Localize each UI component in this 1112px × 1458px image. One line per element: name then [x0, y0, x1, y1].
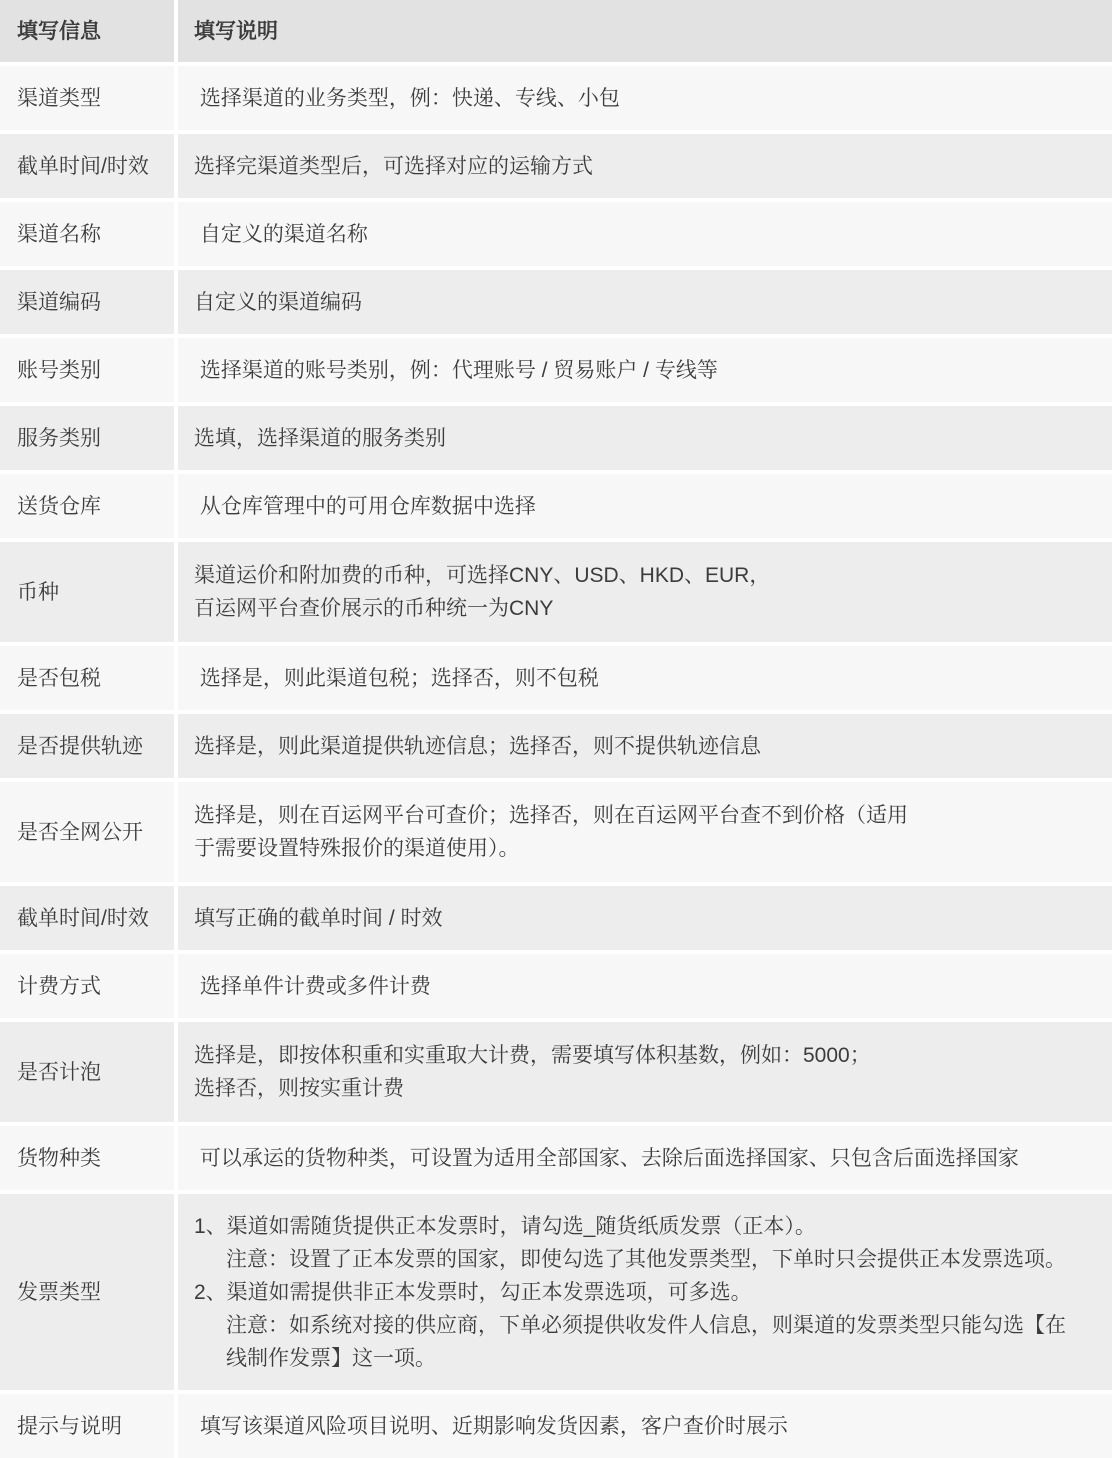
description-text: 选填，选择渠道的服务类别 [194, 422, 446, 455]
row-label: 渠道编码 [0, 270, 174, 334]
row-description: 选择完渠道类型后，可选择对应的运输方式 [178, 134, 1112, 198]
row-description: 渠道运价和附加费的币种，可选择CNY、USD、HKD、EUR， 百运网平台查价展… [178, 542, 1112, 642]
description-text: 填写正确的截单时间 / 时效 [194, 902, 443, 935]
description-text: 可以承运的货物种类，可设置为适用全部国家、去除后面选择国家、只包含后面选择国家 [194, 1142, 1019, 1175]
description-text: 选择渠道的业务类型，例：快递、专线、小包 [194, 82, 620, 115]
row-label: 币种 [0, 542, 174, 642]
description-text: 选择是，则此渠道提供轨迹信息；选择否，则不提供轨迹信息 [194, 730, 761, 763]
header-cell-fill-info: 填写信息 [0, 0, 174, 62]
description-line: 注意：设置了正本发票的国家，即使勾选了其他发票类型，下单时只会提供正本发票选项。 [194, 1243, 1066, 1276]
row-description: 1、渠道如需随货提供正本发票时，请勾选_随货纸质发票（正本）。注意：设置了正本发… [178, 1194, 1112, 1390]
description-text: 选择渠道的账号类别，例：代理账号 / 贸易账户 / 专线等 [194, 354, 718, 387]
row-label: 提示与说明 [0, 1394, 174, 1458]
row-description: 填写正确的截单时间 / 时效 [178, 886, 1112, 950]
row-label: 渠道类型 [0, 66, 174, 130]
row-description: 选择渠道的账号类别，例：代理账号 / 贸易账户 / 专线等 [178, 338, 1112, 402]
row-description: 填写该渠道风险项目说明、近期影响发货因素，客户查价时展示 [178, 1394, 1112, 1458]
row-label: 截单时间/时效 [0, 886, 174, 950]
row-label: 是否计泡 [0, 1022, 174, 1122]
description-text: 从仓库管理中的可用仓库数据中选择 [194, 490, 536, 523]
description-line: 1、渠道如需随货提供正本发票时，请勾选_随货纸质发票（正本）。 [194, 1210, 1066, 1243]
row-label: 服务类别 [0, 406, 174, 470]
description-text: 渠道运价和附加费的币种，可选择CNY、USD、HKD、EUR， 百运网平台查价展… [194, 559, 770, 625]
description-line: 线制作发票】这一项。 [194, 1342, 1066, 1375]
description-line: 注意：如系统对接的供应商，下单必须提供收发件人信息，则渠道的发票类型只能勾选【在 [194, 1309, 1066, 1342]
row-description: 选择是，则此渠道包税；选择否，则不包税 [178, 646, 1112, 710]
row-label: 截单时间/时效 [0, 134, 174, 198]
row-description: 选择单件计费或多件计费 [178, 954, 1112, 1018]
row-description: 选择渠道的业务类型，例：快递、专线、小包 [178, 66, 1112, 130]
row-description: 自定义的渠道名称 [178, 202, 1112, 266]
description-line: 2、渠道如需提供非正本发票时，勾正本发票选项，可多选。 [194, 1276, 1066, 1309]
row-description: 选择是，则在百运网平台可查价；选择否，则在百运网平台查不到价格（适用 于需要设置… [178, 782, 1112, 882]
row-description: 可以承运的货物种类，可设置为适用全部国家、去除后面选择国家、只包含后面选择国家 [178, 1126, 1112, 1190]
row-label: 货物种类 [0, 1126, 174, 1190]
row-label: 账号类别 [0, 338, 174, 402]
description-text: 填写该渠道风险项目说明、近期影响发货因素，客户查价时展示 [194, 1410, 788, 1443]
row-description: 自定义的渠道编码 [178, 270, 1112, 334]
row-description: 选择是，即按体积重和实重取大计费，需要填写体积基数，例如：5000； 选择否，则… [178, 1022, 1112, 1122]
row-description: 选择是，则此渠道提供轨迹信息；选择否，则不提供轨迹信息 [178, 714, 1112, 778]
row-description: 选填，选择渠道的服务类别 [178, 406, 1112, 470]
fill-info-table: 填写信息 填写说明 渠道类型 选择渠道的业务类型，例：快递、专线、小包截单时间/… [0, 0, 1112, 1458]
row-label: 渠道名称 [0, 202, 174, 266]
description-text: 选择是，则在百运网平台可查价；选择否，则在百运网平台查不到价格（适用 于需要设置… [194, 799, 908, 865]
row-description: 从仓库管理中的可用仓库数据中选择 [178, 474, 1112, 538]
description-text: 选择单件计费或多件计费 [194, 970, 431, 1003]
row-label: 是否全网公开 [0, 782, 174, 882]
row-label: 是否包税 [0, 646, 174, 710]
header-cell-fill-description: 填写说明 [178, 0, 1112, 62]
description-text: 选择是，即按体积重和实重取大计费，需要填写体积基数，例如：5000； 选择否，则… [194, 1039, 871, 1105]
description-text: 自定义的渠道编码 [194, 286, 362, 319]
row-label: 是否提供轨迹 [0, 714, 174, 778]
row-label: 计费方式 [0, 954, 174, 1018]
row-label: 送货仓库 [0, 474, 174, 538]
row-label: 发票类型 [0, 1194, 174, 1390]
description-text: 选择是，则此渠道包税；选择否，则不包税 [194, 662, 599, 695]
description-text: 选择完渠道类型后，可选择对应的运输方式 [194, 150, 593, 183]
description-text: 自定义的渠道名称 [194, 218, 368, 251]
